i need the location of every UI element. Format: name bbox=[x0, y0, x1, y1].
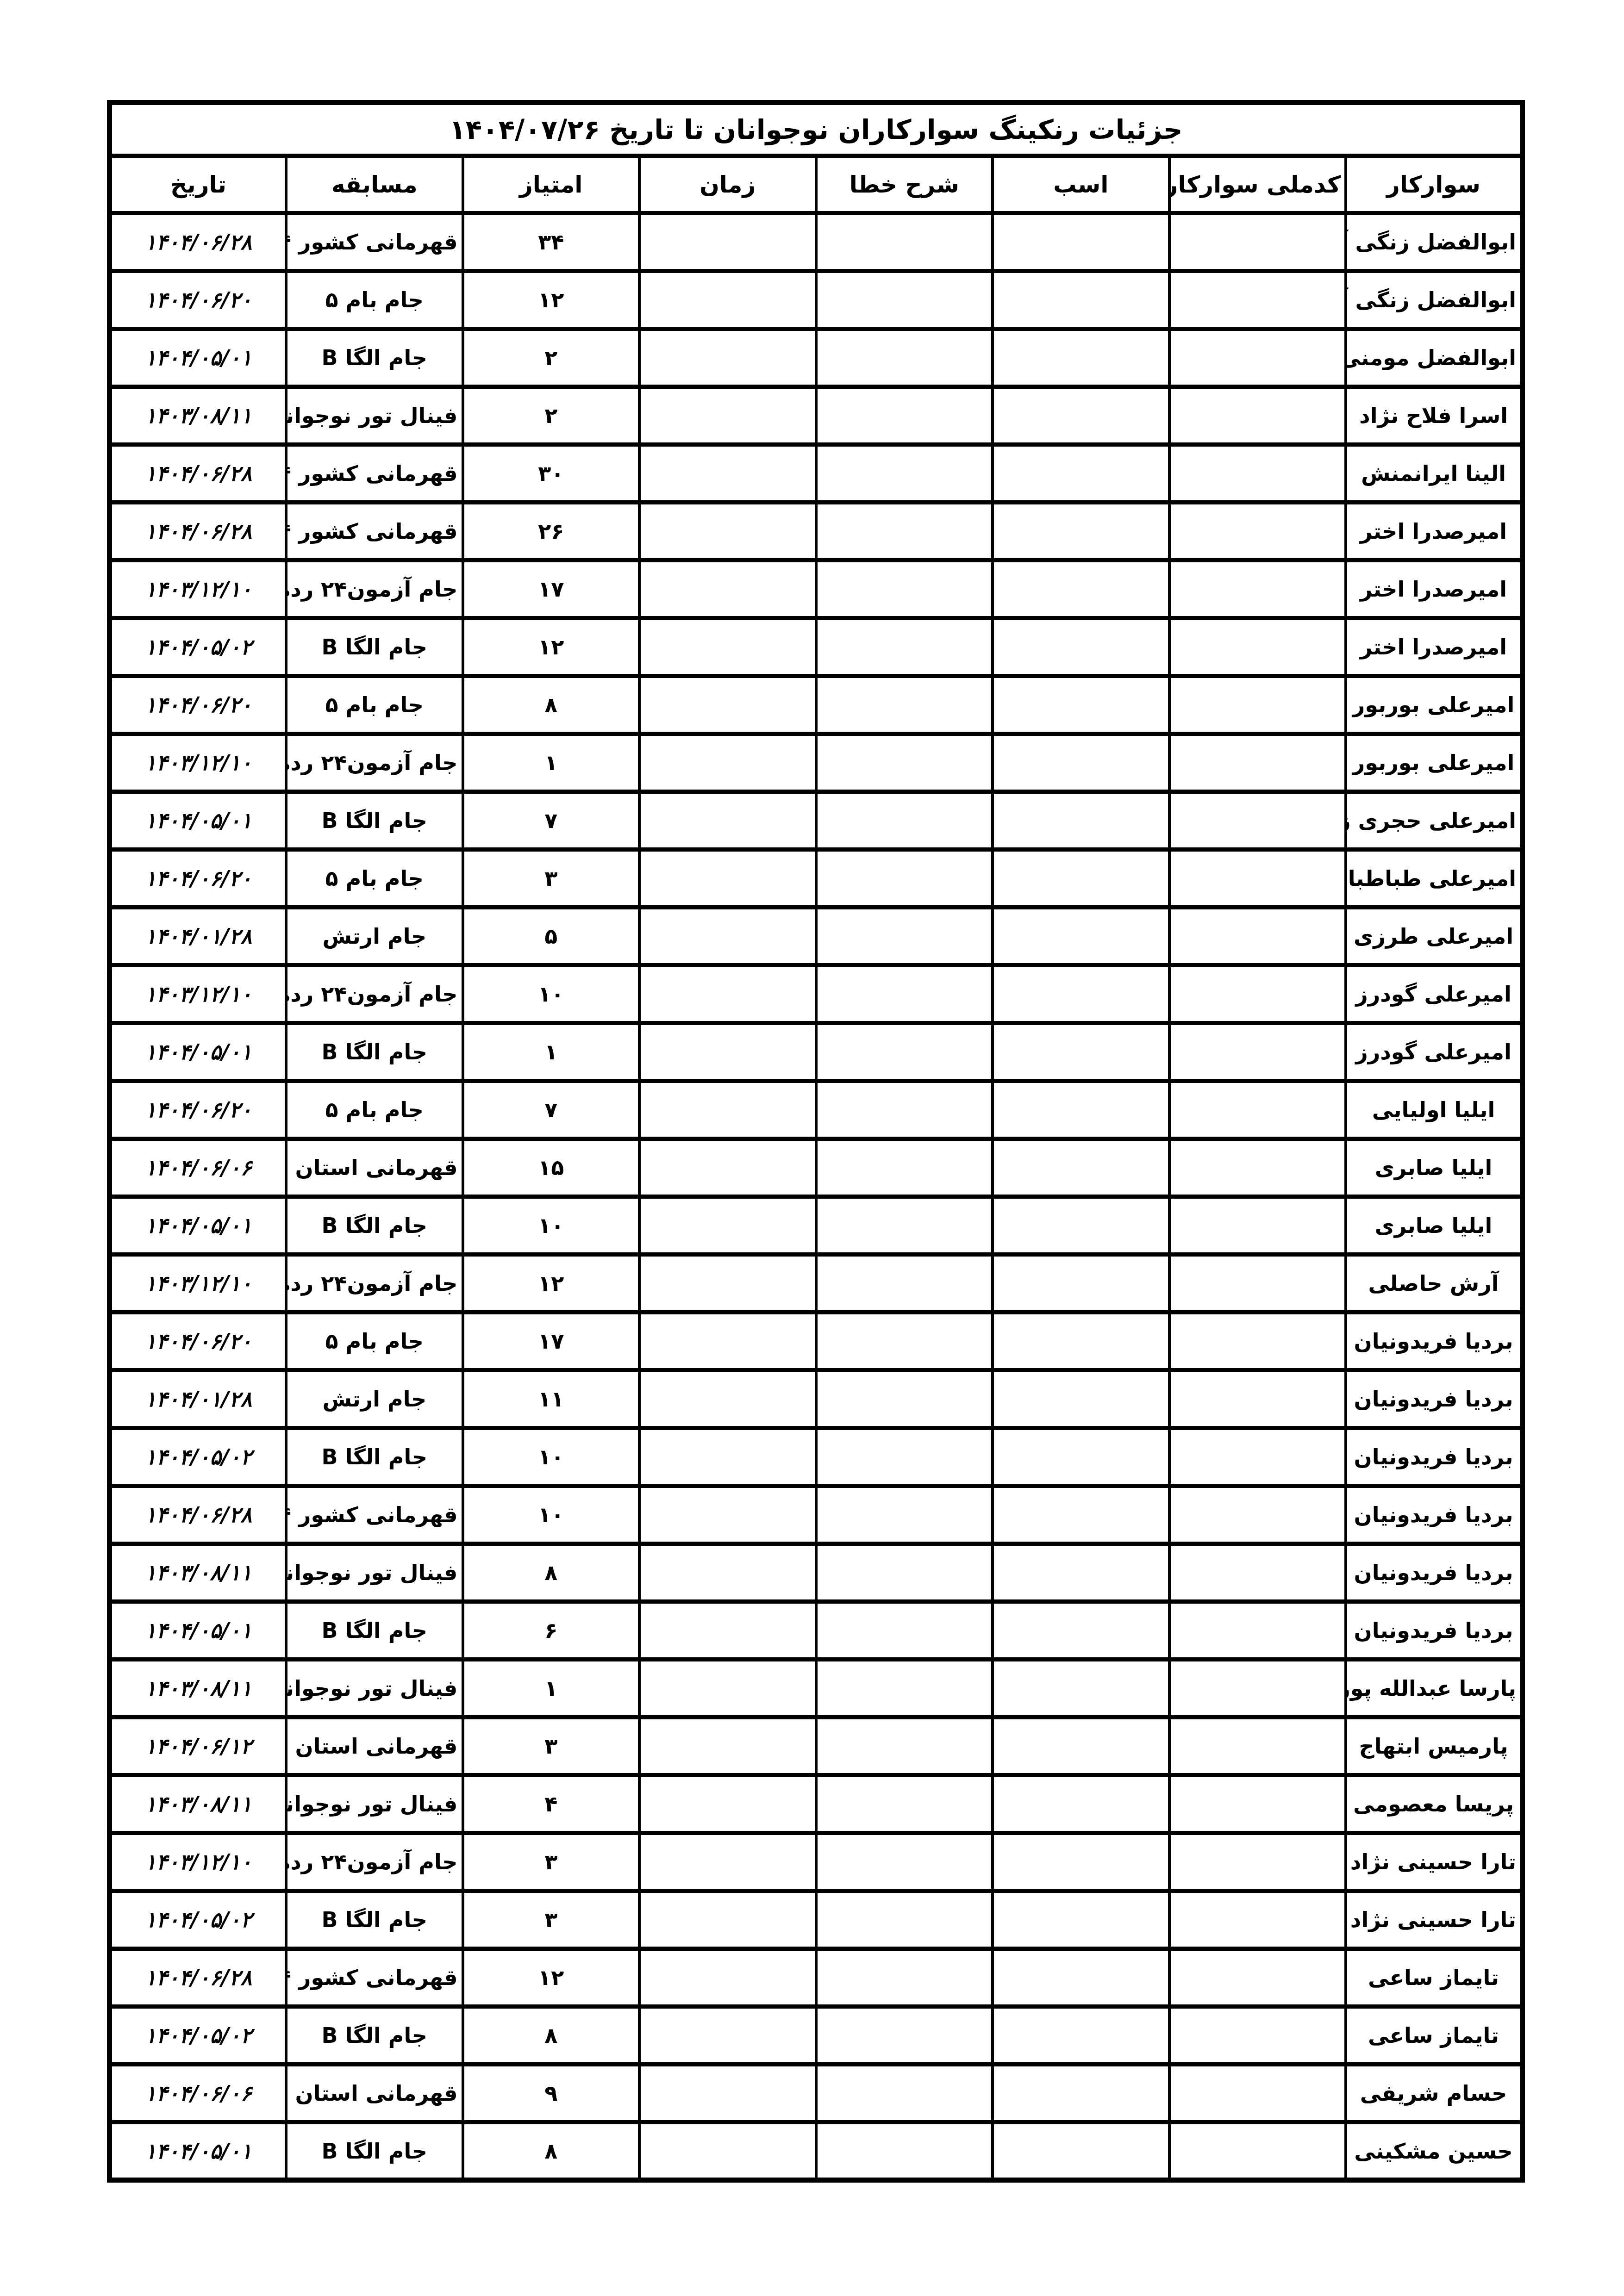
cell-rider: بردیا فریدونیان bbox=[1346, 1602, 1523, 1660]
cell-rider: بردیا فریدونیان bbox=[1346, 1370, 1523, 1428]
cell-points: ۳۴ bbox=[463, 213, 640, 271]
cell-rider: اسرا فلاح نژاد bbox=[1346, 387, 1523, 445]
cell-date: ۱۴۰۴/۰۵/۰۲ bbox=[110, 618, 287, 676]
cell-national_id bbox=[1169, 1544, 1346, 1602]
table-row: آرش حاصلی۱۲جام آزمون۲۴ رده B۱۴۰۳/۱۲/۱۰ bbox=[110, 1255, 1523, 1313]
table-row: امیرصدرا اختر۱۷جام آزمون۲۴ رده B۱۴۰۳/۱۲/… bbox=[110, 560, 1523, 618]
cell-national_id bbox=[1169, 734, 1346, 792]
cell-points: ۱۲ bbox=[463, 1949, 640, 2007]
cell-time bbox=[639, 1370, 816, 1428]
cell-competition: جام الگا B bbox=[286, 792, 463, 850]
cell-rider: امیرعلی بوربور bbox=[1346, 734, 1523, 792]
cell-points: ۸ bbox=[463, 1544, 640, 1602]
table-row: بردیا فریدونیان۱۰قهرمانی کشور ۱۴۰۴۱۴۰۴/۰… bbox=[110, 1486, 1523, 1544]
cell-time bbox=[639, 850, 816, 908]
cell-horse bbox=[993, 908, 1169, 965]
cell-fault bbox=[816, 329, 993, 387]
cell-horse bbox=[993, 1313, 1169, 1370]
cell-national_id bbox=[1169, 1370, 1346, 1428]
cell-national_id bbox=[1169, 1949, 1346, 2007]
cell-horse bbox=[993, 445, 1169, 503]
cell-horse bbox=[993, 2007, 1169, 2065]
cell-date: ۱۴۰۴/۰۶/۲۸ bbox=[110, 1486, 287, 1544]
cell-fault bbox=[816, 1081, 993, 1139]
table-row: امیرعلی بوربور۸جام بام ۵۱۴۰۴/۰۶/۲۰ bbox=[110, 676, 1523, 734]
cell-time bbox=[639, 1313, 816, 1370]
cell-rider: تارا حسینی نژاد bbox=[1346, 1833, 1523, 1891]
cell-fault bbox=[816, 1428, 993, 1486]
cell-fault bbox=[816, 1197, 993, 1255]
cell-rider: بردیا فریدونیان bbox=[1346, 1544, 1523, 1602]
ranking-table: جزئیات رنکینگ سوارکاران نوجوانان تا تاری… bbox=[107, 100, 1525, 2183]
cell-points: ۱۰ bbox=[463, 1486, 640, 1544]
cell-date: ۱۴۰۴/۰۵/۰۱ bbox=[110, 329, 287, 387]
cell-date: ۱۴۰۴/۰۵/۰۱ bbox=[110, 1602, 287, 1660]
cell-horse bbox=[993, 1197, 1169, 1255]
table-row: بردیا فریدونیان۶جام الگا B۱۴۰۴/۰۵/۰۱ bbox=[110, 1602, 1523, 1660]
cell-national_id bbox=[1169, 1833, 1346, 1891]
table-head: جزئیات رنکینگ سوارکاران نوجوانان تا تاری… bbox=[110, 103, 1523, 213]
cell-national_id bbox=[1169, 1428, 1346, 1486]
cell-competition: جام الگا B bbox=[286, 2122, 463, 2180]
table-row: پارسا عبدالله پور۱فینال تور نوجوانان جام… bbox=[110, 1660, 1523, 1717]
cell-national_id bbox=[1169, 560, 1346, 618]
cell-rider: ایلیا اولیایی bbox=[1346, 1081, 1523, 1139]
cell-date: ۱۴۰۴/۰۵/۰۱ bbox=[110, 1023, 287, 1081]
cell-national_id bbox=[1169, 1313, 1346, 1370]
cell-time bbox=[639, 1544, 816, 1602]
cell-competition: جام بام ۵ bbox=[286, 1081, 463, 1139]
table-row: تایماز ساعی۱۲قهرمانی کشور ۱۴۰۴۱۴۰۴/۰۶/۲۸ bbox=[110, 1949, 1523, 2007]
cell-rider: ایلیا صابری bbox=[1346, 1197, 1523, 1255]
cell-points: ۱ bbox=[463, 1023, 640, 1081]
cell-date: ۱۴۰۳/۰۸/۱۱ bbox=[110, 1660, 287, 1717]
cell-time bbox=[639, 1139, 816, 1197]
cell-date: ۱۴۰۳/۱۲/۱۰ bbox=[110, 965, 287, 1023]
cell-horse bbox=[993, 1370, 1169, 1428]
cell-national_id bbox=[1169, 2122, 1346, 2180]
cell-date: ۱۴۰۴/۰۶/۰۶ bbox=[110, 2065, 287, 2122]
cell-date: ۱۴۰۴/۰۶/۲۸ bbox=[110, 503, 287, 560]
cell-time bbox=[639, 1023, 816, 1081]
cell-rider: امیرصدرا اختر bbox=[1346, 503, 1523, 560]
cell-national_id bbox=[1169, 271, 1346, 329]
cell-horse bbox=[993, 2122, 1169, 2180]
cell-fault bbox=[816, 1544, 993, 1602]
cell-competition: جام آزمون۲۴ رده B bbox=[286, 1255, 463, 1313]
cell-competition: جام آزمون۲۴ رده B bbox=[286, 965, 463, 1023]
cell-time bbox=[639, 2065, 816, 2122]
cell-time bbox=[639, 329, 816, 387]
document-page: جزئیات رنکینگ سوارکاران نوجوانان تا تاری… bbox=[0, 0, 1624, 2296]
col-header-competition: مسابقه bbox=[286, 156, 463, 213]
cell-national_id bbox=[1169, 387, 1346, 445]
cell-points: ۸ bbox=[463, 2122, 640, 2180]
cell-date: ۱۴۰۴/۰۵/۰۲ bbox=[110, 1891, 287, 1949]
table-row: پریسا معصومی۴فینال تور نوجوانان جام صدرا… bbox=[110, 1775, 1523, 1833]
table-row: ابوالفضل مومنی۲جام الگا B۱۴۰۴/۰۵/۰۱ bbox=[110, 329, 1523, 387]
cell-horse bbox=[993, 1602, 1169, 1660]
cell-fault bbox=[816, 965, 993, 1023]
cell-rider: پارمیس ابتهاج bbox=[1346, 1717, 1523, 1775]
cell-horse bbox=[993, 792, 1169, 850]
cell-national_id bbox=[1169, 2007, 1346, 2065]
cell-horse bbox=[993, 1255, 1169, 1313]
cell-date: ۱۴۰۴/۰۶/۲۸ bbox=[110, 213, 287, 271]
cell-date: ۱۴۰۴/۰۶/۱۲ bbox=[110, 1717, 287, 1775]
cell-competition: جام بام ۵ bbox=[286, 1313, 463, 1370]
cell-rider: بردیا فریدونیان bbox=[1346, 1428, 1523, 1486]
cell-horse bbox=[993, 329, 1169, 387]
cell-rider: بردیا فریدونیان bbox=[1346, 1486, 1523, 1544]
cell-national_id bbox=[1169, 1081, 1346, 1139]
cell-fault bbox=[816, 734, 993, 792]
cell-rider: امیرصدرا اختر bbox=[1346, 560, 1523, 618]
cell-rider: امیرعلی حجری زاده bbox=[1346, 792, 1523, 850]
table-body: ابوالفضل زنگی آبادی۳۴قهرمانی کشور ۱۴۰۴۱۴… bbox=[110, 213, 1523, 2180]
cell-horse bbox=[993, 618, 1169, 676]
cell-national_id bbox=[1169, 908, 1346, 965]
cell-time bbox=[639, 1197, 816, 1255]
cell-horse bbox=[993, 1139, 1169, 1197]
cell-rider: امیرعلی گودرز bbox=[1346, 965, 1523, 1023]
cell-date: ۱۴۰۴/۰۵/۰۱ bbox=[110, 1197, 287, 1255]
cell-horse bbox=[993, 850, 1169, 908]
table-row: امیرعلی طرزی۵جام ارتش۱۴۰۴/۰۱/۲۸ bbox=[110, 908, 1523, 965]
cell-competition: قهرمانی کشور ۱۴۰۴ bbox=[286, 213, 463, 271]
cell-competition: قهرمانی کشور ۱۴۰۴ bbox=[286, 503, 463, 560]
cell-fault bbox=[816, 1023, 993, 1081]
cell-national_id bbox=[1169, 1197, 1346, 1255]
cell-fault bbox=[816, 1255, 993, 1313]
cell-rider: امیرعلی طباطبایی bbox=[1346, 850, 1523, 908]
cell-time bbox=[639, 1949, 816, 2007]
cell-rider: الینا ایرانمنش bbox=[1346, 445, 1523, 503]
table-row: حسام شریفی۹قهرمانی استان تهران B نوجوانا… bbox=[110, 2065, 1523, 2122]
cell-time bbox=[639, 1891, 816, 1949]
cell-rider: امیرعلی گودرز bbox=[1346, 1023, 1523, 1081]
cell-national_id bbox=[1169, 445, 1346, 503]
cell-competition: فینال تور نوجوانان جام صدران ۲۰ bbox=[286, 1660, 463, 1717]
cell-time bbox=[639, 213, 816, 271]
cell-rider: امیرصدرا اختر bbox=[1346, 618, 1523, 676]
cell-competition: جام الگا B bbox=[286, 1023, 463, 1081]
cell-horse bbox=[993, 1023, 1169, 1081]
cell-competition: جام آزمون۲۴ رده B bbox=[286, 1833, 463, 1891]
cell-points: ۲۶ bbox=[463, 503, 640, 560]
table-row: ایلیا اولیایی۷جام بام ۵۱۴۰۴/۰۶/۲۰ bbox=[110, 1081, 1523, 1139]
table-row: امیرصدرا اختر۱۲جام الگا B۱۴۰۴/۰۵/۰۲ bbox=[110, 618, 1523, 676]
cell-time bbox=[639, 1833, 816, 1891]
cell-rider: تارا حسینی نژاد bbox=[1346, 1891, 1523, 1949]
cell-national_id bbox=[1169, 792, 1346, 850]
cell-horse bbox=[993, 387, 1169, 445]
cell-national_id bbox=[1169, 850, 1346, 908]
cell-date: ۱۴۰۴/۰۶/۲۰ bbox=[110, 676, 287, 734]
cell-time bbox=[639, 1486, 816, 1544]
cell-points: ۱ bbox=[463, 734, 640, 792]
cell-points: ۱۲ bbox=[463, 271, 640, 329]
table-row: حسین مشکینی۸جام الگا B۱۴۰۴/۰۵/۰۱ bbox=[110, 2122, 1523, 2180]
table-row: امیرصدرا اختر۲۶قهرمانی کشور ۱۴۰۴۱۴۰۴/۰۶/… bbox=[110, 503, 1523, 560]
cell-competition: جام آزمون۲۴ رده B bbox=[286, 734, 463, 792]
cell-time bbox=[639, 387, 816, 445]
cell-date: ۱۴۰۳/۰۸/۱۱ bbox=[110, 1775, 287, 1833]
cell-horse bbox=[993, 560, 1169, 618]
cell-rider: حسین مشکینی bbox=[1346, 2122, 1523, 2180]
cell-points: ۵ bbox=[463, 908, 640, 965]
cell-national_id bbox=[1169, 213, 1346, 271]
cell-rider: تایماز ساعی bbox=[1346, 2007, 1523, 2065]
cell-fault bbox=[816, 1949, 993, 2007]
cell-points: ۳ bbox=[463, 850, 640, 908]
cell-time bbox=[639, 1428, 816, 1486]
cell-competition: قهرمانی کشور ۱۴۰۴ bbox=[286, 1486, 463, 1544]
cell-rider: پریسا معصومی bbox=[1346, 1775, 1523, 1833]
cell-fault bbox=[816, 1139, 993, 1197]
cell-national_id bbox=[1169, 1255, 1346, 1313]
cell-points: ۱۷ bbox=[463, 560, 640, 618]
cell-competition: جام الگا B bbox=[286, 2007, 463, 2065]
cell-competition: قهرمانی استان تهران B نوجوانان bbox=[286, 2065, 463, 2122]
cell-time bbox=[639, 734, 816, 792]
cell-competition: جام بام ۵ bbox=[286, 850, 463, 908]
cell-horse bbox=[993, 1833, 1169, 1891]
cell-fault bbox=[816, 560, 993, 618]
table-row: بردیا فریدونیان۱۷جام بام ۵۱۴۰۴/۰۶/۲۰ bbox=[110, 1313, 1523, 1370]
cell-time bbox=[639, 965, 816, 1023]
cell-competition: جام الگا B bbox=[286, 1891, 463, 1949]
cell-time bbox=[639, 1081, 816, 1139]
cell-time bbox=[639, 792, 816, 850]
cell-competition: فینال تور نوجوانان جام صدران ۲۰ bbox=[286, 1544, 463, 1602]
cell-points: ۳۰ bbox=[463, 445, 640, 503]
cell-fault bbox=[816, 271, 993, 329]
table-row: تایماز ساعی۸جام الگا B۱۴۰۴/۰۵/۰۲ bbox=[110, 2007, 1523, 2065]
cell-horse bbox=[993, 1949, 1169, 2007]
cell-points: ۱۲ bbox=[463, 618, 640, 676]
cell-national_id bbox=[1169, 503, 1346, 560]
cell-date: ۱۴۰۴/۰۶/۲۰ bbox=[110, 850, 287, 908]
table-row: پارمیس ابتهاج۳قهرمانی استان البرز B نوجو… bbox=[110, 1717, 1523, 1775]
cell-points: ۷ bbox=[463, 1081, 640, 1139]
cell-competition: جام ارتش bbox=[286, 908, 463, 965]
cell-horse bbox=[993, 271, 1169, 329]
cell-national_id bbox=[1169, 1023, 1346, 1081]
cell-competition: قهرمانی کشور ۱۴۰۴ bbox=[286, 1949, 463, 2007]
cell-horse bbox=[993, 734, 1169, 792]
cell-points: ۱۰ bbox=[463, 965, 640, 1023]
cell-horse bbox=[993, 2065, 1169, 2122]
cell-national_id bbox=[1169, 1775, 1346, 1833]
cell-rider: امیرعلی بوربور bbox=[1346, 676, 1523, 734]
cell-date: ۱۴۰۴/۰۱/۲۸ bbox=[110, 908, 287, 965]
cell-fault bbox=[816, 908, 993, 965]
cell-competition: قهرمانی استان البرز B نوجوانان bbox=[286, 1717, 463, 1775]
cell-fault bbox=[816, 213, 993, 271]
cell-time bbox=[639, 1775, 816, 1833]
cell-national_id bbox=[1169, 329, 1346, 387]
cell-points: ۳ bbox=[463, 1891, 640, 1949]
table-row: امیرعلی بوربور۱جام آزمون۲۴ رده B۱۴۰۳/۱۲/… bbox=[110, 734, 1523, 792]
cell-fault bbox=[816, 1891, 993, 1949]
cell-date: ۱۴۰۴/۰۵/۰۲ bbox=[110, 2007, 287, 2065]
cell-date: ۱۴۰۳/۱۲/۱۰ bbox=[110, 1255, 287, 1313]
cell-horse bbox=[993, 1544, 1169, 1602]
cell-points: ۸ bbox=[463, 676, 640, 734]
cell-fault bbox=[816, 1833, 993, 1891]
cell-fault bbox=[816, 792, 993, 850]
cell-time bbox=[639, 2007, 816, 2065]
table-row: تارا حسینی نژاد۳جام آزمون۲۴ رده B۱۴۰۳/۱۲… bbox=[110, 1833, 1523, 1891]
cell-national_id bbox=[1169, 618, 1346, 676]
col-header-points: امتیاز bbox=[463, 156, 640, 213]
table-row: امیرعلی گودرز۱۰جام آزمون۲۴ رده B۱۴۰۳/۱۲/… bbox=[110, 965, 1523, 1023]
cell-fault bbox=[816, 1370, 993, 1428]
cell-national_id bbox=[1169, 1660, 1346, 1717]
cell-national_id bbox=[1169, 2065, 1346, 2122]
cell-fault bbox=[816, 1602, 993, 1660]
cell-fault bbox=[816, 1486, 993, 1544]
cell-date: ۱۴۰۴/۰۶/۲۰ bbox=[110, 1081, 287, 1139]
cell-rider: ابوالفضل زنگی آبادی bbox=[1346, 213, 1523, 271]
cell-fault bbox=[816, 387, 993, 445]
cell-time bbox=[639, 908, 816, 965]
cell-rider: ایلیا صابری bbox=[1346, 1139, 1523, 1197]
cell-fault bbox=[816, 618, 993, 676]
cell-time bbox=[639, 2122, 816, 2180]
cell-time bbox=[639, 1602, 816, 1660]
table-row: ابوالفضل زنگی آبادی۱۲جام بام ۵۱۴۰۴/۰۶/۲۰ bbox=[110, 271, 1523, 329]
cell-fault bbox=[816, 676, 993, 734]
cell-fault bbox=[816, 2122, 993, 2180]
cell-national_id bbox=[1169, 1486, 1346, 1544]
table-row: بردیا فریدونیان۱۱جام ارتش۱۴۰۴/۰۱/۲۸ bbox=[110, 1370, 1523, 1428]
cell-date: ۱۴۰۴/۰۶/۲۰ bbox=[110, 271, 287, 329]
cell-points: ۱ bbox=[463, 1660, 640, 1717]
cell-competition: جام الگا B bbox=[286, 618, 463, 676]
cell-points: ۱۰ bbox=[463, 1428, 640, 1486]
cell-rider: امیرعلی طرزی bbox=[1346, 908, 1523, 965]
cell-date: ۱۴۰۳/۰۸/۱۱ bbox=[110, 1544, 287, 1602]
cell-time bbox=[639, 503, 816, 560]
cell-time bbox=[639, 1717, 816, 1775]
cell-date: ۱۴۰۴/۰۶/۲۸ bbox=[110, 445, 287, 503]
col-header-time: زمان bbox=[639, 156, 816, 213]
cell-national_id bbox=[1169, 1602, 1346, 1660]
cell-national_id bbox=[1169, 965, 1346, 1023]
cell-time bbox=[639, 445, 816, 503]
cell-rider: ابوالفضل مومنی bbox=[1346, 329, 1523, 387]
cell-fault bbox=[816, 2065, 993, 2122]
cell-rider: تایماز ساعی bbox=[1346, 1949, 1523, 2007]
cell-competition: جام الگا B bbox=[286, 1602, 463, 1660]
title-row: جزئیات رنکینگ سوارکاران نوجوانان تا تاری… bbox=[110, 103, 1523, 156]
cell-horse bbox=[993, 1428, 1169, 1486]
cell-fault bbox=[816, 2007, 993, 2065]
cell-fault bbox=[816, 1313, 993, 1370]
cell-points: ۱۵ bbox=[463, 1139, 640, 1197]
cell-horse bbox=[993, 1081, 1169, 1139]
cell-date: ۱۴۰۳/۱۲/۱۰ bbox=[110, 1833, 287, 1891]
cell-national_id bbox=[1169, 1717, 1346, 1775]
cell-competition: قهرمانی استان تهران B نوجوانان bbox=[286, 1139, 463, 1197]
cell-competition: جام الگا B bbox=[286, 1428, 463, 1486]
cell-date: ۱۴۰۴/۰۶/۲۸ bbox=[110, 1949, 287, 2007]
cell-competition: جام بام ۵ bbox=[286, 676, 463, 734]
cell-competition: جام بام ۵ bbox=[286, 271, 463, 329]
table-row: ایلیا صابری۱۵قهرمانی استان تهران B نوجوا… bbox=[110, 1139, 1523, 1197]
cell-national_id bbox=[1169, 1139, 1346, 1197]
cell-national_id bbox=[1169, 676, 1346, 734]
cell-horse bbox=[993, 1717, 1169, 1775]
cell-time bbox=[639, 1255, 816, 1313]
cell-horse bbox=[993, 1891, 1169, 1949]
cell-fault bbox=[816, 503, 993, 560]
table-row: امیرعلی طباطبایی۳جام بام ۵۱۴۰۴/۰۶/۲۰ bbox=[110, 850, 1523, 908]
cell-date: ۱۴۰۴/۰۶/۰۶ bbox=[110, 1139, 287, 1197]
cell-rider: بردیا فریدونیان bbox=[1346, 1313, 1523, 1370]
cell-points: ۸ bbox=[463, 2007, 640, 2065]
cell-points: ۱۲ bbox=[463, 1255, 640, 1313]
table-row: امیرعلی حجری زاده۷جام الگا B۱۴۰۴/۰۵/۰۱ bbox=[110, 792, 1523, 850]
cell-competition: جام ارتش bbox=[286, 1370, 463, 1428]
table-row: امیرعلی گودرز۱جام الگا B۱۴۰۴/۰۵/۰۱ bbox=[110, 1023, 1523, 1081]
cell-date: ۱۴۰۳/۱۲/۱۰ bbox=[110, 560, 287, 618]
cell-points: ۲ bbox=[463, 329, 640, 387]
cell-horse bbox=[993, 676, 1169, 734]
cell-rider: ابوالفضل زنگی آبادی bbox=[1346, 271, 1523, 329]
cell-fault bbox=[816, 1717, 993, 1775]
cell-national_id bbox=[1169, 1891, 1346, 1949]
cell-fault bbox=[816, 1775, 993, 1833]
cell-competition: فینال تور نوجوانان جام صدران ۲۰ bbox=[286, 387, 463, 445]
cell-time bbox=[639, 618, 816, 676]
cell-time bbox=[639, 676, 816, 734]
cell-time bbox=[639, 560, 816, 618]
table-row: اسرا فلاح نژاد۲فینال تور نوجوانان جام صد… bbox=[110, 387, 1523, 445]
cell-horse bbox=[993, 503, 1169, 560]
cell-rider: آرش حاصلی bbox=[1346, 1255, 1523, 1313]
cell-horse bbox=[993, 1486, 1169, 1544]
cell-date: ۱۴۰۴/۰۱/۲۸ bbox=[110, 1370, 287, 1428]
page-title: جزئیات رنکینگ سوارکاران نوجوانان تا تاری… bbox=[110, 103, 1523, 156]
cell-points: ۲ bbox=[463, 387, 640, 445]
col-header-national_id: کدملی سوارکار bbox=[1169, 156, 1346, 213]
col-header-fault: شرح خطا bbox=[816, 156, 993, 213]
table-row: تارا حسینی نژاد۳جام الگا B۱۴۰۴/۰۵/۰۲ bbox=[110, 1891, 1523, 1949]
table-row: بردیا فریدونیان۸فینال تور نوجوانان جام ص… bbox=[110, 1544, 1523, 1602]
cell-date: ۱۴۰۴/۰۵/۰۱ bbox=[110, 792, 287, 850]
cell-points: ۷ bbox=[463, 792, 640, 850]
cell-date: ۱۴۰۳/۰۸/۱۱ bbox=[110, 387, 287, 445]
cell-date: ۱۴۰۴/۰۵/۰۱ bbox=[110, 2122, 287, 2180]
cell-date: ۱۴۰۴/۰۵/۰۲ bbox=[110, 1428, 287, 1486]
table-row: الینا ایرانمنش۳۰قهرمانی کشور ۱۴۰۴۱۴۰۴/۰۶… bbox=[110, 445, 1523, 503]
col-header-horse: اسب bbox=[993, 156, 1169, 213]
cell-rider: حسام شریفی bbox=[1346, 2065, 1523, 2122]
cell-fault bbox=[816, 850, 993, 908]
cell-points: ۳ bbox=[463, 1833, 640, 1891]
cell-points: ۱۰ bbox=[463, 1197, 640, 1255]
cell-time bbox=[639, 271, 816, 329]
cell-fault bbox=[816, 1660, 993, 1717]
cell-competition: قهرمانی کشور ۱۴۰۴ bbox=[286, 445, 463, 503]
cell-date: ۱۴۰۴/۰۶/۲۰ bbox=[110, 1313, 287, 1370]
cell-points: ۳ bbox=[463, 1717, 640, 1775]
cell-points: ۶ bbox=[463, 1602, 640, 1660]
cell-points: ۴ bbox=[463, 1775, 640, 1833]
